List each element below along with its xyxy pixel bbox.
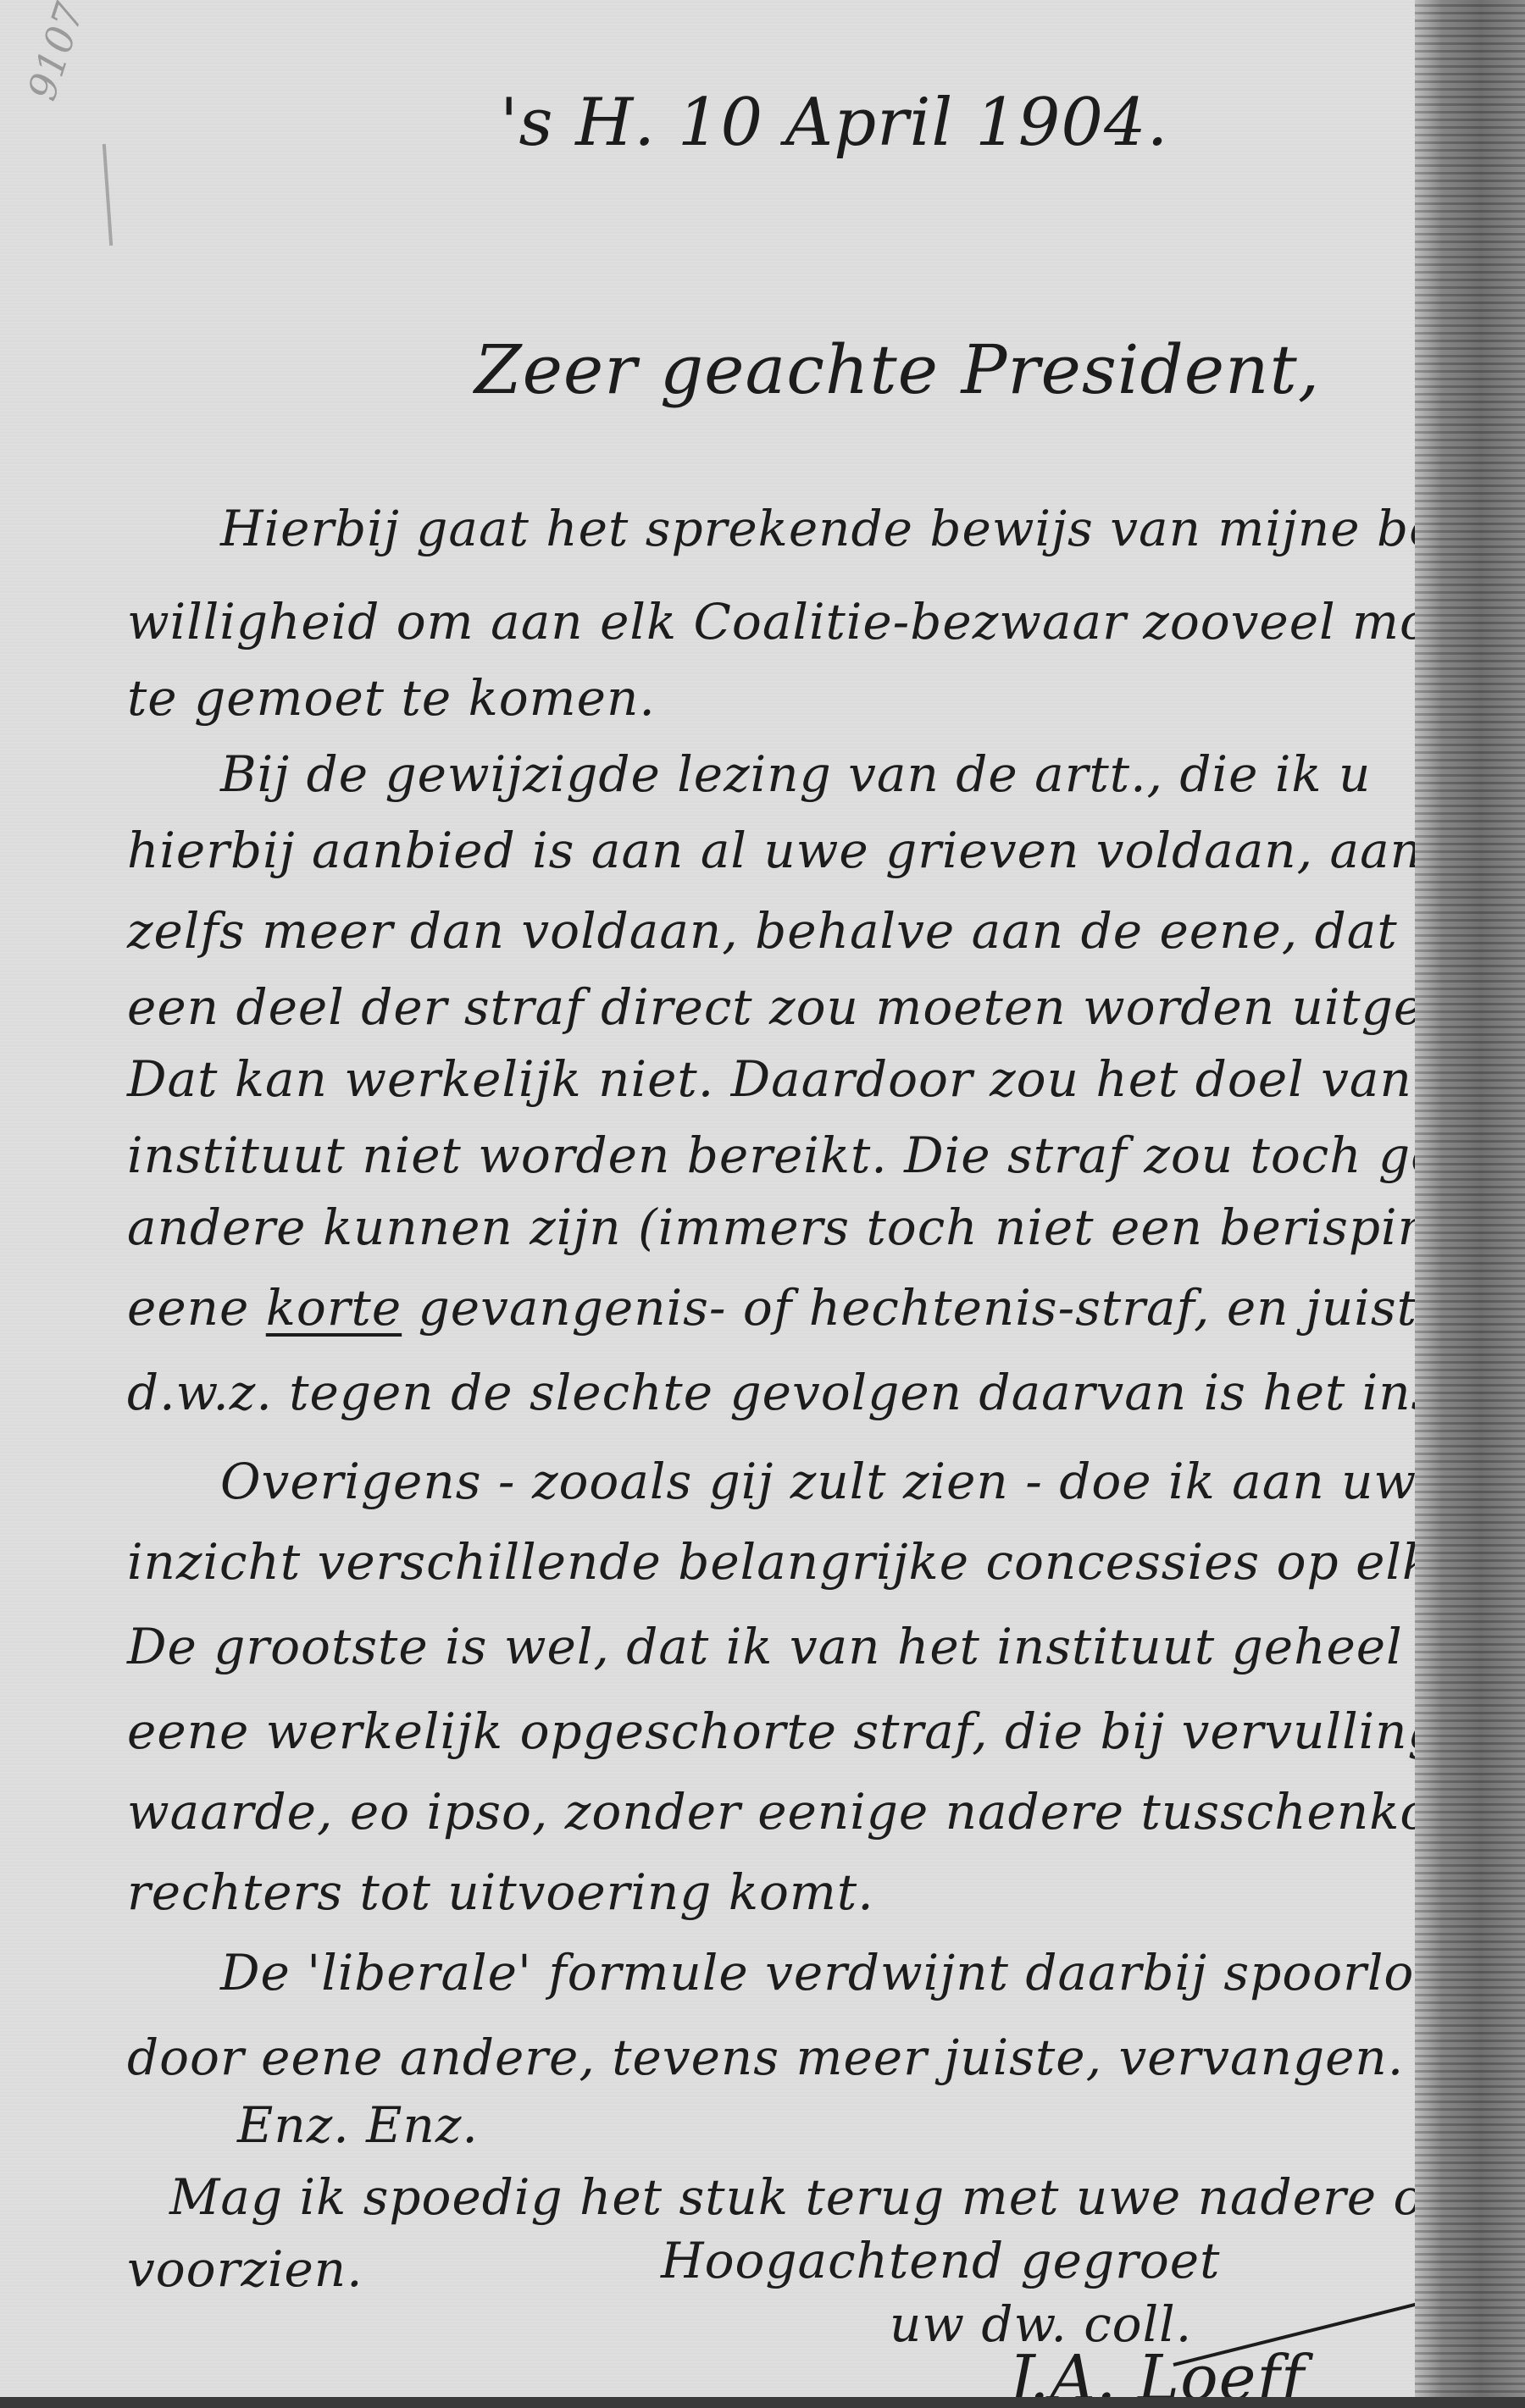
- body-line: door eene andere, tevens meer juiste, ve…: [127, 2029, 1404, 2086]
- body-line: eene werkelijk opgeschorte straf, die bi…: [127, 1702, 1525, 1760]
- underlined-word: korte: [266, 1279, 402, 1337]
- body-line: hierbij aanbied is aan al uwe grieven vo…: [127, 822, 1525, 879]
- body-line: inzicht verschillende belangrijke conces…: [127, 1533, 1525, 1591]
- body-line: andere kunnen zijn (immers toch niet een…: [127, 1198, 1525, 1256]
- binding-edge: [1415, 0, 1525, 2408]
- signature-flourish: [1173, 2298, 1437, 2366]
- body-line-with-underline: eene korte gevangenis- of hechtenis-stra…: [127, 1279, 1525, 1337]
- body-line: voorzien.: [127, 2240, 363, 2298]
- archive-mark-stroke: [103, 144, 113, 246]
- archive-number: 9107: [19, 0, 93, 106]
- underline-suffix: gevangenis- of hechtenis-straf, en juist…: [402, 1279, 1525, 1337]
- closing-greeting: Hoogachtend gegroet: [661, 2232, 1220, 2289]
- body-line: d.w.z. tegen de slechte gevolgen daarvan…: [127, 1364, 1525, 1421]
- body-line: rechters tot uitvoering komt.: [127, 1863, 874, 1921]
- body-line: waarde, eo ipso, zonder eenige nadere tu…: [127, 1783, 1525, 1841]
- body-line: Overigens - zooals gij zult zien - doe i…: [220, 1453, 1417, 1510]
- body-line: zelfs meer dan voldaan, behalve aan de e…: [127, 902, 1506, 960]
- body-line: willigheid om aan elk Coalitie-bezwaar z…: [127, 593, 1525, 650]
- body-line: instituut niet worden bereikt. Die straf…: [127, 1127, 1525, 1184]
- letter-date: 's H. 10 April 1904.: [500, 85, 1168, 161]
- body-line: Bij de gewijzigde lezing van de artt., d…: [220, 745, 1371, 803]
- letter-page: 9107 's H. 10 April 1904. Zeer geachte P…: [0, 0, 1415, 2408]
- page-bottom-edge: [0, 2397, 1525, 2408]
- body-line: te gemoet te komen.: [127, 669, 656, 727]
- body-line: Dat kan werkelijk niet. Daardoor zou het…: [127, 1050, 1511, 1108]
- body-line: Mag ik spoedig het stuk terug met uwe na…: [169, 2168, 1525, 2226]
- body-line: De 'liberale' formule verdwijnt daarbij …: [220, 1944, 1525, 2001]
- salutation: Zeer geachte President,: [474, 330, 1320, 409]
- body-line: De grootste is wel, dat ik van het insti…: [127, 1618, 1525, 1675]
- body-line: Enz. Enz.: [237, 2096, 479, 2154]
- body-line: Hierbij gaat het sprekende bewijs van mi…: [220, 500, 1525, 557]
- underline-prefix: eene: [127, 1279, 266, 1337]
- body-line: een deel der straf direct zou moeten wor…: [127, 978, 1525, 1036]
